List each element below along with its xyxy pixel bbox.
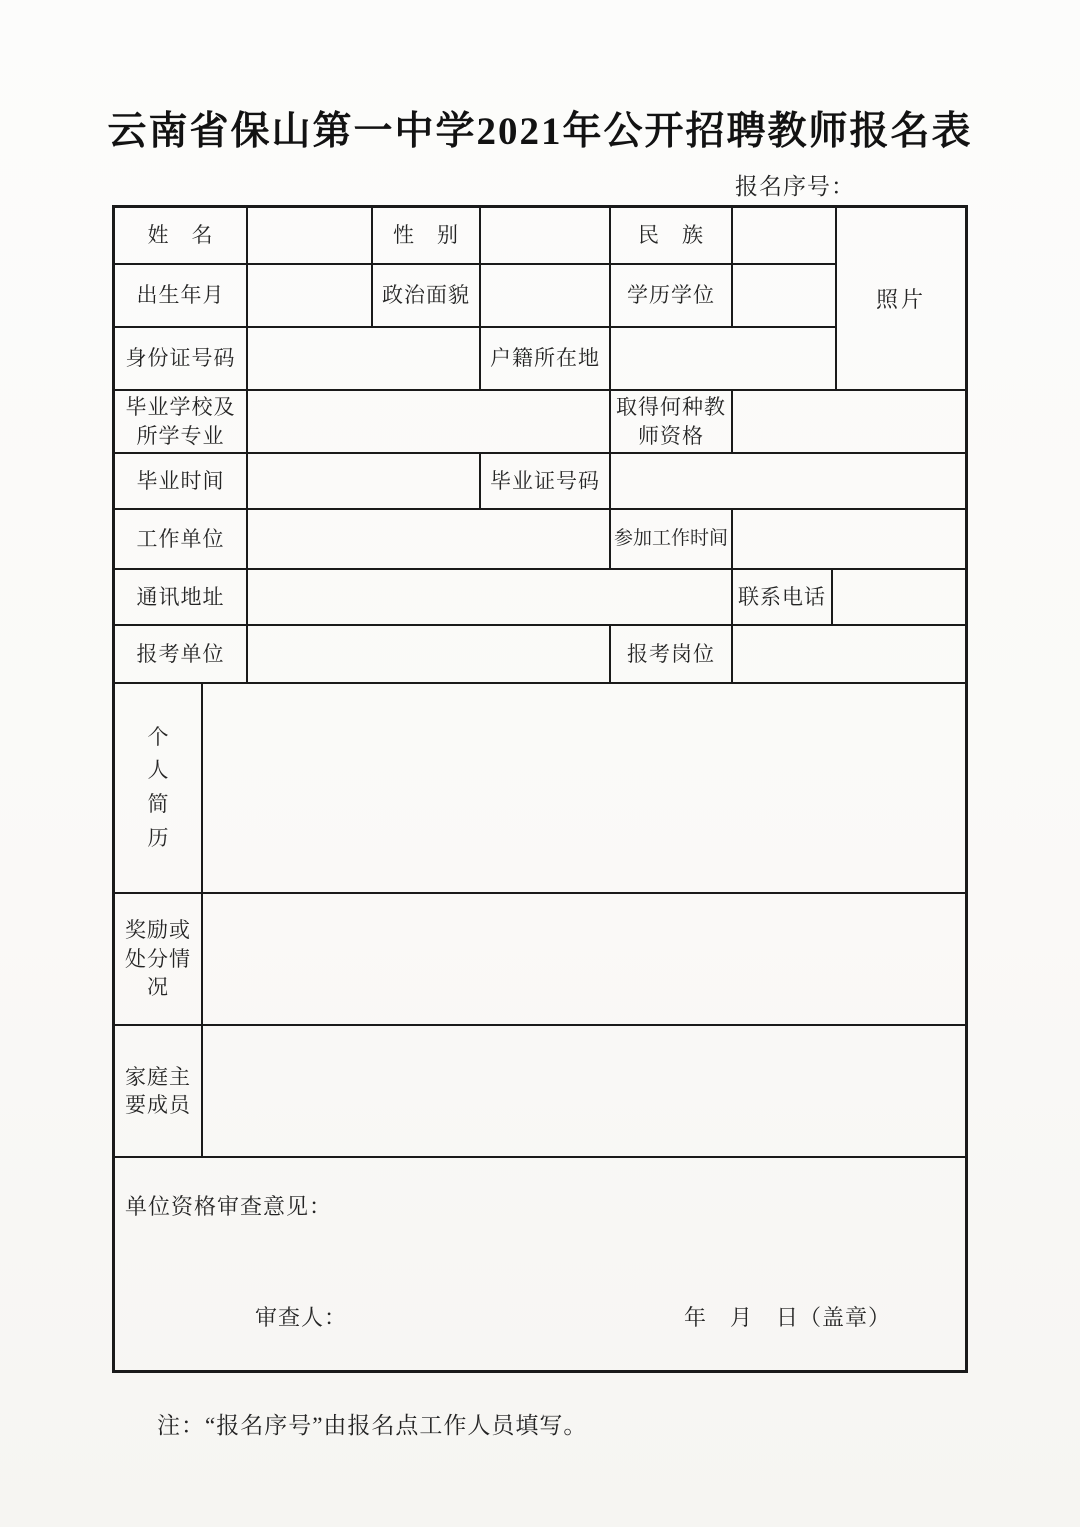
mailing-address-label: 通讯地址 [115, 570, 248, 624]
table-row: 通讯地址 联系电话 [115, 570, 965, 626]
graduation-date-label: 毕业时间 [115, 454, 248, 508]
diploma-number-label: 毕业证号码 [481, 454, 611, 508]
id-number-label: 身份证号码 [115, 328, 248, 389]
id-number-value-cell [248, 328, 481, 389]
header-section: 姓 名 性 别 民 族 出生年月 政治面貌 学历学位 身份证号码 户籍所在地 [115, 208, 965, 391]
gender-value-cell [481, 208, 611, 263]
table-row: 家庭主 要成员 [115, 1026, 965, 1158]
reviewer-label: 审查人： [255, 1301, 347, 1332]
photo-label: 照片 [876, 283, 926, 314]
name-value-cell [248, 208, 373, 263]
unit-review-opinion-label: 单位资格审查意见： [125, 1190, 332, 1221]
table-row: 奖励或 处分情 况 [115, 894, 965, 1026]
graduation-school-major-value-cell [248, 391, 611, 452]
table-row: 毕业时间 毕业证号码 [115, 454, 965, 510]
application-unit-value-cell [248, 626, 611, 682]
teacher-qualification-value-cell [733, 391, 965, 452]
ethnicity-label: 民 族 [611, 208, 733, 263]
table-row: 姓 名 性 别 民 族 [115, 208, 835, 265]
rewards-punishments-area [203, 894, 965, 1024]
birth-date-label: 出生年月 [115, 265, 248, 326]
unit-review-section: 单位资格审查意见： 审查人： 年 月 日（盖章） [115, 1158, 965, 1370]
application-form-table: 姓 名 性 别 民 族 出生年月 政治面貌 学历学位 身份证号码 户籍所在地 [112, 205, 968, 1373]
work-unit-label: 工作单位 [115, 510, 248, 568]
political-status-label: 政治面貌 [373, 265, 481, 326]
serial-number-label: 报名序号： [0, 168, 1080, 201]
rewards-punishments-label: 奖励或 处分情 况 [115, 894, 203, 1024]
gender-label: 性 别 [373, 208, 481, 263]
contact-phone-value-cell [833, 570, 965, 624]
personal-resume-label: 个 人 简 历 [115, 684, 203, 892]
table-row: 身份证号码 户籍所在地 [115, 328, 835, 389]
graduation-date-value-cell [248, 454, 481, 508]
birth-date-value-cell [248, 265, 373, 326]
family-members-area [203, 1026, 965, 1156]
form-title: 云南省保山第一中学2021年公开招聘教师报名表 [0, 0, 1080, 156]
education-degree-label: 学历学位 [611, 265, 733, 326]
mailing-address-value-cell [248, 570, 733, 624]
family-members-label: 家庭主 要成员 [115, 1026, 203, 1156]
name-label: 姓 名 [115, 208, 248, 263]
table-row: 个 人 简 历 [115, 684, 965, 894]
application-position-value-cell [733, 626, 965, 682]
work-start-date-value-cell [733, 510, 965, 568]
table-row: 工作单位 参加工作时间 [115, 510, 965, 570]
graduation-school-major-label: 毕业学校及 所学专业 [115, 391, 248, 452]
photo-cell: 照片 [837, 208, 965, 389]
application-unit-label: 报考单位 [115, 626, 248, 682]
table-row: 出生年月 政治面貌 学历学位 [115, 265, 835, 328]
ethnicity-value-cell [733, 208, 835, 263]
teacher-qualification-label: 取得何种教 师资格 [611, 391, 733, 452]
political-status-value-cell [481, 265, 611, 326]
table-row: 毕业学校及 所学专业 取得何种教 师资格 [115, 391, 965, 454]
work-unit-value-cell [248, 510, 611, 568]
household-registration-label: 户籍所在地 [481, 328, 611, 389]
personal-resume-area [203, 684, 965, 892]
application-position-label: 报考岗位 [611, 626, 733, 682]
household-registration-value-cell [611, 328, 835, 389]
footnote: 注：“报名序号”由报名点工作人员填写。 [157, 1407, 1080, 1440]
education-degree-value-cell [733, 265, 835, 326]
table-row: 报考单位 报考岗位 [115, 626, 965, 684]
contact-phone-label: 联系电话 [733, 570, 833, 624]
date-seal-label: 年 月 日（盖章） [684, 1301, 891, 1332]
work-start-date-label: 参加工作时间 [611, 510, 733, 568]
diploma-number-value-cell [611, 454, 965, 508]
